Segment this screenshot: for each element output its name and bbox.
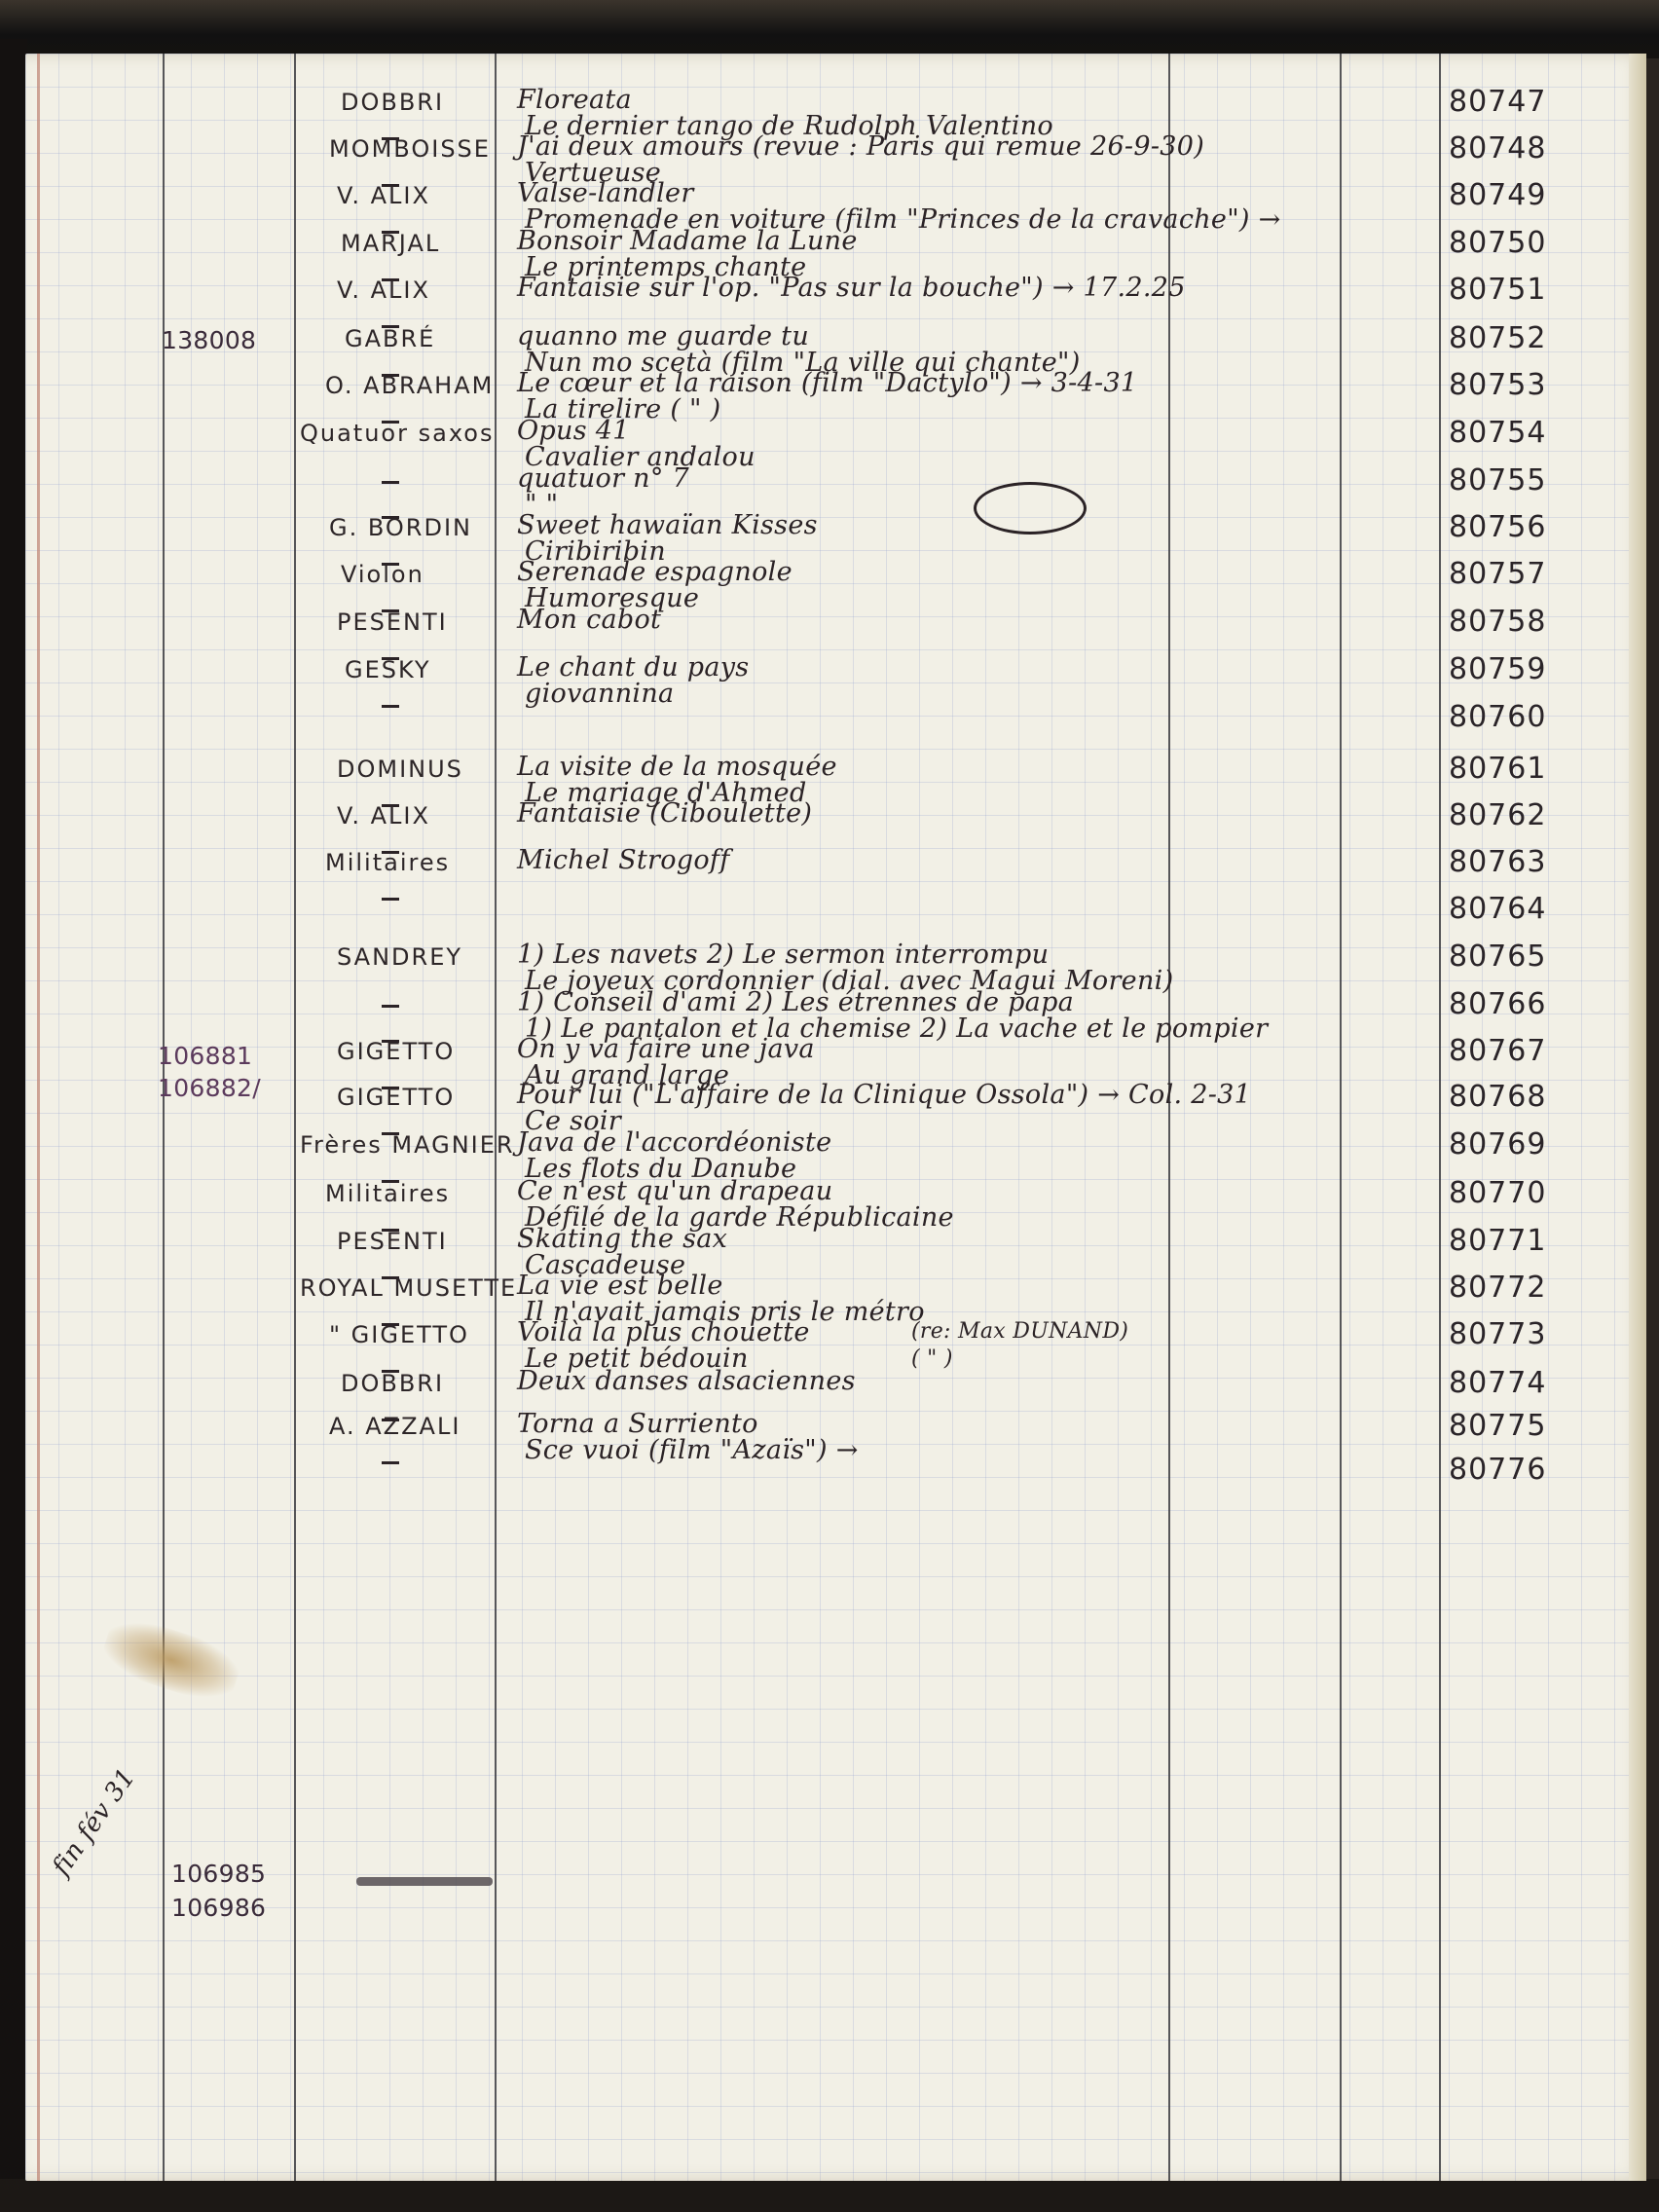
column-divider-title (495, 54, 497, 2181)
artist-name: PESENTI (337, 1228, 448, 1255)
artist-name: GIGETTO (337, 1038, 455, 1065)
column-divider-ref (163, 54, 165, 2181)
annotation-note: ( " ) (911, 1346, 953, 1371)
artist-name: PESENTI (337, 608, 448, 636)
catalog-number: 80768 (1449, 1080, 1546, 1114)
catalog-number: 80750 (1449, 226, 1546, 260)
strikethrough-mark (356, 1877, 493, 1886)
song-title: Mon cabot (517, 605, 661, 635)
ditto-dash (382, 898, 399, 901)
artist-name: DOMINUS (337, 756, 463, 783)
catalog-number: 80753 (1449, 368, 1546, 402)
catalog-number: 80751 (1449, 273, 1546, 307)
artist-name: O. ABRAHAM (325, 372, 494, 399)
song-title: Sce vuoi (film "Azaïs") → (525, 1435, 859, 1465)
ditto-dash (382, 705, 399, 708)
catalog-number: 80769 (1449, 1127, 1546, 1161)
side-note-fin-fev: fin fév 31 (47, 1763, 141, 1881)
catalog-number: 80758 (1449, 605, 1546, 639)
artist-name: Frères MAGNIER (300, 1131, 515, 1159)
catalog-number: 80770 (1449, 1176, 1546, 1210)
notebook-binding-bottom (0, 2179, 1659, 2212)
catalog-number: 80765 (1449, 940, 1546, 974)
catalog-number: 80747 (1449, 85, 1546, 119)
artist-name: V. ALIX (337, 182, 430, 209)
column-divider-empty-2 (1340, 54, 1342, 2181)
catalog-number: 80749 (1449, 178, 1546, 212)
artist-name: GIGETTO (337, 1084, 455, 1111)
notebook-binding-left (0, 39, 27, 2212)
catalog-number: 80774 (1449, 1366, 1546, 1400)
reference-106882: 106882/ (158, 1074, 261, 1102)
reference-106881: 106881 (158, 1042, 252, 1070)
ditto-dash (382, 1461, 399, 1464)
artist-name: V. ALIX (337, 276, 430, 304)
margin-line (37, 54, 40, 2181)
catalog-number: 80748 (1449, 131, 1546, 166)
catalog-number: 80766 (1449, 987, 1546, 1021)
catalog-number: 80754 (1449, 416, 1546, 450)
artist-name: Violon (341, 561, 424, 588)
column-divider-artist (294, 54, 296, 2181)
column-divider-empty-1 (1168, 54, 1170, 2181)
catalog-number: 80759 (1449, 652, 1546, 686)
artist-name: Militaires (325, 849, 450, 876)
reference-138008: 138008 (162, 326, 256, 354)
artist-name: GABRÉ (345, 325, 435, 352)
song-title: Fantaisie (Ciboulette) (517, 798, 812, 829)
song-title: Deux danses alsaciennes (517, 1366, 856, 1396)
catalog-number: 80762 (1449, 798, 1546, 832)
ditto-dash (382, 1005, 399, 1008)
artist-name: V. ALIX (337, 802, 430, 829)
song-title: Michel Strogoff (517, 845, 730, 875)
artist-name: MOMBOISSE (329, 135, 491, 163)
catalog-number: 80755 (1449, 463, 1546, 498)
catalog-number: 80773 (1449, 1317, 1546, 1351)
date-circle (974, 482, 1087, 535)
catalog-number: 80776 (1449, 1453, 1546, 1487)
artist-name: MARJAL (341, 230, 440, 257)
song-title: giovannina (525, 679, 674, 709)
artist-name: SANDREY (337, 943, 462, 971)
catalog-number: 80752 (1449, 321, 1546, 355)
catalog-number: 80772 (1449, 1271, 1546, 1305)
artist-name: ROYAL MUSETTE (300, 1274, 517, 1302)
column-divider-number (1439, 54, 1441, 2181)
reference-106985: 106985 (171, 1860, 266, 1888)
catalog-number: 80771 (1449, 1224, 1546, 1258)
artist-name: Quatuor saxos (300, 420, 494, 447)
song-title: Pour lui ("L'affaire de la Clinique Osso… (517, 1080, 1251, 1110)
coffee-stain (97, 1611, 245, 1709)
notebook-binding-top (0, 0, 1659, 58)
song-title: Fantaisie sur l'op. "Pas sur la bouche")… (517, 273, 1186, 303)
reference-106986: 106986 (171, 1894, 266, 1922)
catalog-number: 80767 (1449, 1034, 1546, 1068)
artist-name: Militaires (325, 1180, 450, 1207)
annotation-note: (re: Max DUNAND) (911, 1319, 1128, 1344)
ledger-page: 138008 106881 106882/ 106985 106986 fin … (25, 54, 1646, 2181)
catalog-number: 80756 (1449, 510, 1546, 544)
artist-name: " GIGETTO (329, 1321, 469, 1348)
ditto-dash (382, 481, 399, 484)
catalog-number: 80763 (1449, 845, 1546, 879)
page-edge (1629, 54, 1646, 2181)
catalog-number: 80775 (1449, 1409, 1546, 1443)
artist-name: DOBBRI (341, 89, 444, 116)
artist-name: DOBBRI (341, 1370, 444, 1397)
artist-name: GESKY (345, 656, 431, 683)
artist-name: A. AZZALI (329, 1413, 461, 1440)
artist-name: G. BORDIN (329, 514, 472, 541)
catalog-number: 80761 (1449, 752, 1546, 786)
catalog-number: 80760 (1449, 700, 1546, 734)
catalog-number: 80764 (1449, 892, 1546, 926)
catalog-number: 80757 (1449, 557, 1546, 591)
